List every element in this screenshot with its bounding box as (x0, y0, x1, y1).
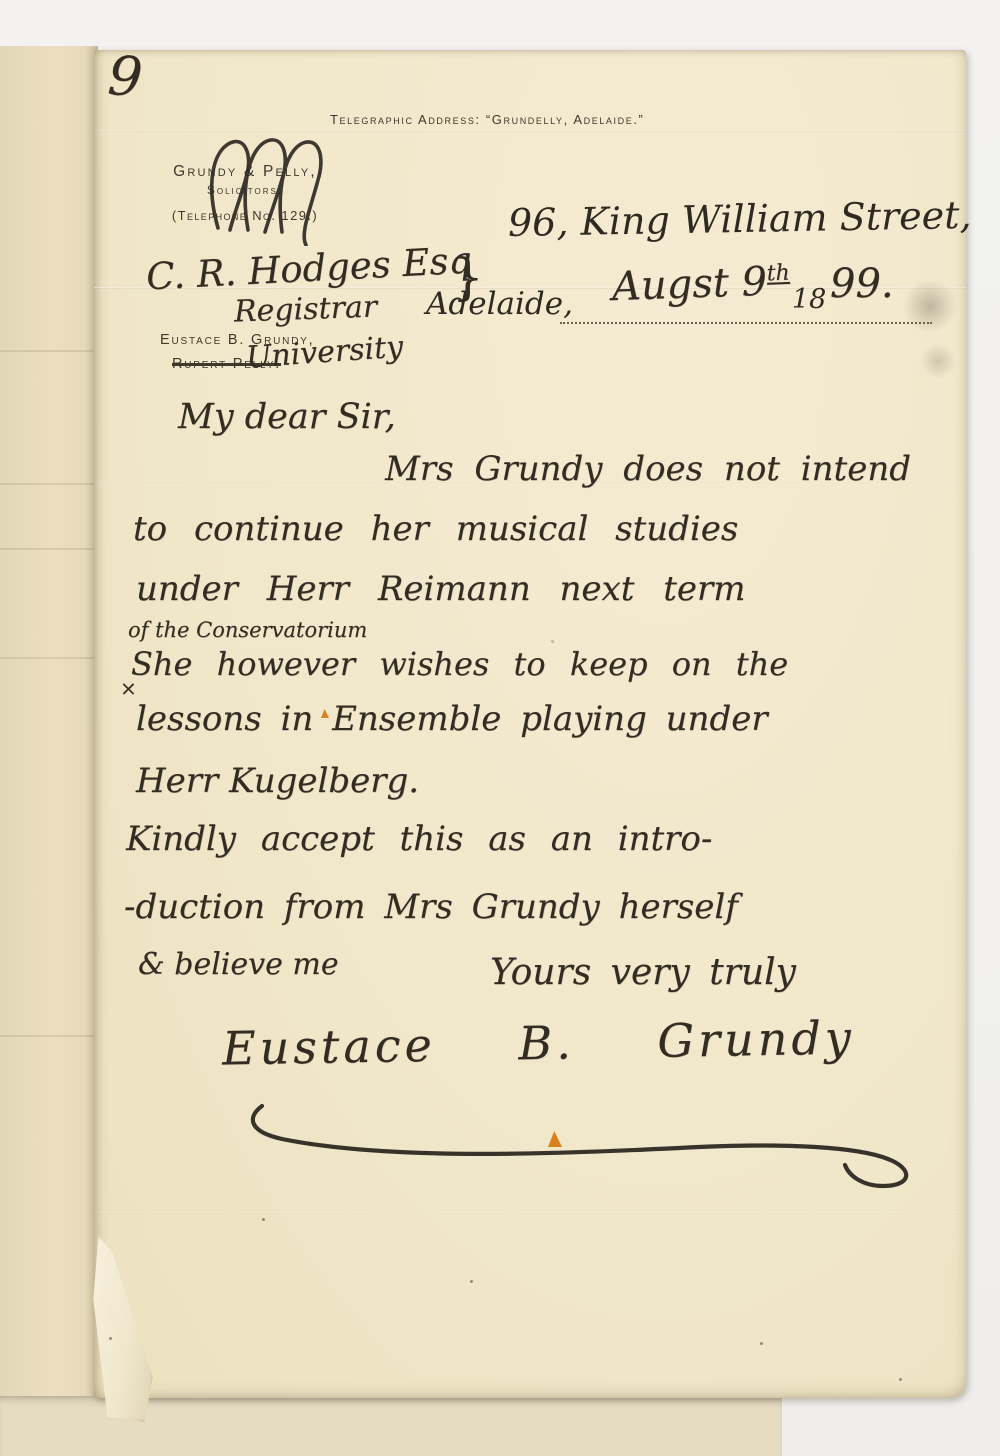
paper-crease (0, 483, 94, 485)
date-day: Augst 9th (611, 261, 790, 307)
city-name: Adelaide, (426, 289, 573, 320)
folio-number: 9 (106, 49, 144, 105)
dust-speck (551, 640, 554, 643)
dust-speck (470, 1280, 473, 1283)
body-line: -duction from Mrs Grundy herself (124, 890, 738, 924)
closing-phrase: Yours very truly (490, 955, 796, 991)
paper-crease (0, 1035, 94, 1037)
body-line: Herr Kugelberg. (136, 764, 419, 798)
underlying-page-left (0, 46, 98, 1456)
dust-speck (760, 1342, 763, 1345)
ink-scribble-mark (190, 128, 370, 246)
date-ordinal: th (766, 261, 790, 287)
letter-scan: 9 Telegraphic Address: “Grundelly, Adela… (0, 0, 1000, 1456)
signature: Eustace B. Grundy (222, 1014, 856, 1071)
printed-year-prefix: 18 (792, 286, 826, 313)
body-line: lessons in Ensemble playing under (136, 702, 768, 736)
body-line: She however wishes to keep on the (131, 648, 788, 680)
body-line: under Herr Reimann next term (136, 572, 745, 606)
paper-crease (94, 1212, 966, 1214)
date-year: 99. (830, 264, 894, 304)
body-line: Kindly accept this as an intro- (126, 822, 712, 856)
body-line: & believe me (138, 950, 339, 980)
ink-stain (920, 344, 956, 378)
interline-insertion: of the Conservatorium (128, 620, 367, 641)
body-line: Mrs Grundy does not intend (385, 452, 911, 486)
recipient-title: Registrar (234, 293, 378, 328)
signature-flourish (246, 1096, 918, 1192)
street-address: 96, King William Street, (508, 196, 972, 242)
paper-crease (0, 350, 94, 352)
body-line: to continue her musical studies (133, 512, 738, 546)
dust-speck (899, 1378, 902, 1381)
salutation: My dear Sir, (178, 400, 396, 435)
dust-speck (262, 1218, 265, 1221)
telegraphic-address: Telegraphic Address: “Grundelly, Adelaid… (330, 113, 644, 126)
paper-crease (0, 548, 94, 550)
dust-speck (109, 1337, 112, 1340)
paper-crease (0, 657, 94, 659)
date-day-text: Augst 9 (611, 259, 768, 310)
